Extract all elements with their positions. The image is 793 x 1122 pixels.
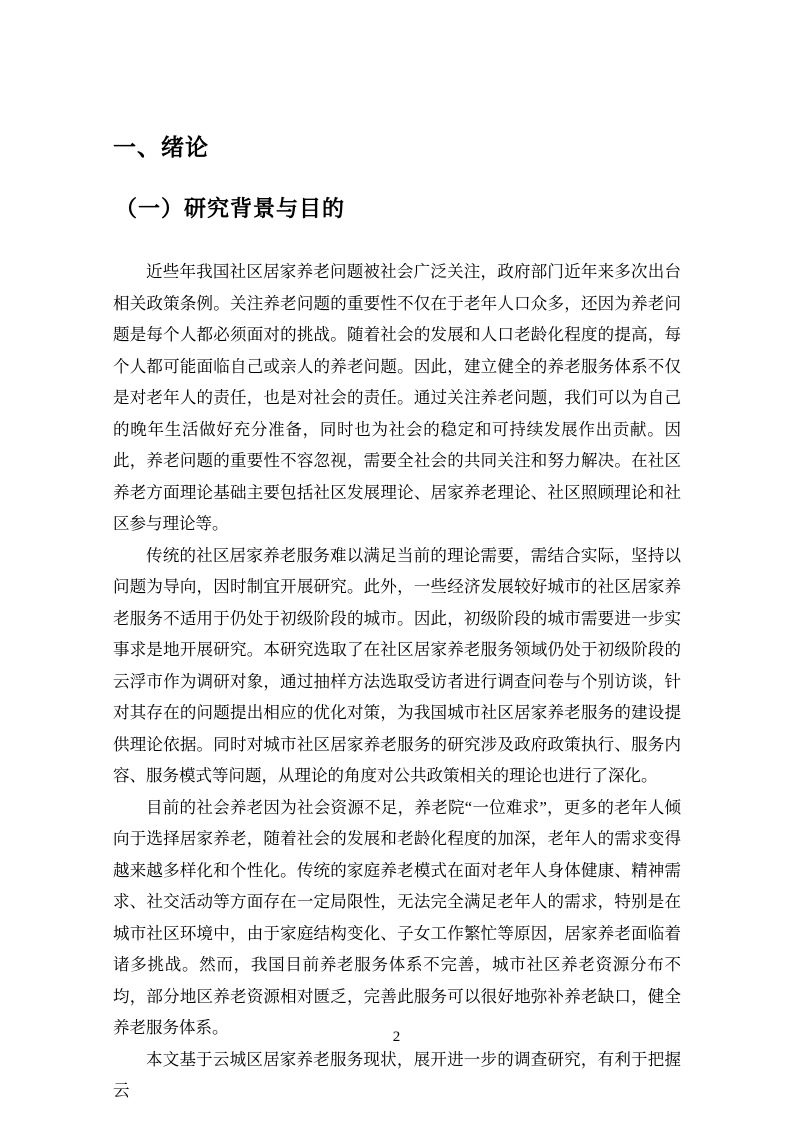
chapter-heading: 一、绪论 (113, 131, 209, 163)
section-heading: （一）研究背景与目的 (115, 193, 345, 225)
paragraph: 本文基于云城区居家养老服务现状，展开进一步的调查研究，有利于把握云 (113, 1044, 681, 1107)
paragraph: 传统的社区居家养老服务难以满足当前的理论需要，需结合实际，坚持以问题为导向，因时… (113, 540, 681, 792)
page-number: 2 (0, 1029, 793, 1046)
paragraph: 近些年我国社区居家养老问题被社会广泛关注，政府部门近年来多次出台相关政策条例。关… (113, 256, 681, 540)
document-page: 一、绪论 （一）研究背景与目的 近些年我国社区居家养老问题被社会广泛关注，政府部… (0, 0, 793, 1122)
paragraph: 目前的社会养老因为社会资源不足，养老院“一位难求”，更多的老年人倾向于选择居家养… (113, 792, 681, 1044)
body-text: 近些年我国社区居家养老问题被社会广泛关注，政府部门近年来多次出台相关政策条例。关… (113, 256, 681, 1107)
